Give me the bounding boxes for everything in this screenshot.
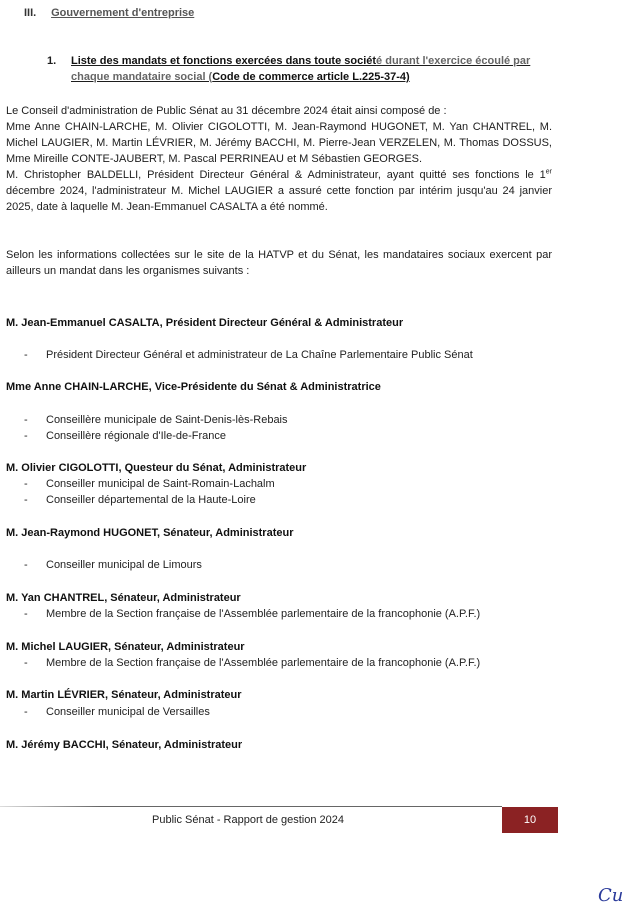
section-title: Gouvernement d'entreprise: [51, 7, 194, 19]
mandate-text: Conseiller municipal de Versailles: [46, 706, 210, 718]
mandate-item: -Conseiller municipal de Versailles: [24, 704, 210, 720]
document-page: III. Gouvernement d'entreprise 1. Liste …: [0, 0, 630, 913]
mandate-item: -Membre de la Section française de l'Ass…: [24, 655, 480, 671]
subsection-number: 1.: [47, 53, 56, 69]
mandate-item: -Conseiller départemental de la Haute-Lo…: [24, 492, 256, 508]
mandataire-name: M. Jean-Emmanuel CASALTA, Président Dire…: [6, 315, 403, 331]
mandate-text: Conseillère municipale de Saint-Denis-lè…: [46, 414, 288, 426]
mandate-item: -Conseillère régionale d'Ile-de-France: [24, 428, 226, 444]
mandate-item: -Conseillère municipale de Saint-Denis-l…: [24, 412, 288, 428]
board-intro-line: Le Conseil d'administration de Public Sé…: [6, 103, 552, 119]
subsection-heading: 1. Liste des mandats et fonctions exercé…: [47, 53, 557, 85]
mandataire-name: M. Martin LÉVRIER, Sénateur, Administrat…: [6, 687, 242, 703]
footer-divider: [0, 806, 502, 807]
board-members-list: Mme Anne CHAIN-LARCHE, M. Olivier CIGOLO…: [6, 119, 552, 167]
mandate-text: Conseiller municipal de Saint-Romain-Lac…: [46, 478, 275, 490]
handwritten-initials: Cu: [598, 888, 623, 904]
mandate-item: -Membre de la Section française de l'Ass…: [24, 606, 480, 622]
mandataire-name: Mme Anne CHAIN-LARCHE, Vice-Présidente d…: [6, 379, 381, 395]
mandate-text: Conseiller municipal de Limours: [46, 559, 202, 571]
hatvp-intro-paragraph: Selon les informations collectées sur le…: [6, 247, 552, 279]
subsection-title: Liste des mandats et fonctions exercées …: [71, 53, 557, 85]
footer-title: Public Sénat - Rapport de gestion 2024: [152, 812, 344, 828]
mandataire-name: M. Michel LAUGIER, Sénateur, Administrat…: [6, 639, 245, 655]
bullet-dash: -: [24, 492, 46, 508]
bullet-dash: -: [24, 655, 46, 671]
section-heading: III. Gouvernement d'entreprise: [24, 5, 194, 21]
bullet-dash: -: [24, 704, 46, 720]
bullet-dash: -: [24, 606, 46, 622]
mandate-text: Conseiller départemental de la Haute-Loi…: [46, 494, 256, 506]
mandate-text: Conseillère régionale d'Ile-de-France: [46, 430, 226, 442]
section-number: III.: [24, 5, 48, 21]
bullet-dash: -: [24, 428, 46, 444]
bullet-dash: -: [24, 476, 46, 492]
ceo-change-paragraph: M. Christopher BALDELLI, Président Direc…: [6, 167, 552, 215]
mandate-text: Président Directeur Général et administr…: [46, 349, 473, 361]
mandataire-name: M. Jérémy BACCHI, Sénateur, Administrate…: [6, 737, 242, 753]
mandataire-name: M. Yan CHANTREL, Sénateur, Administrateu…: [6, 590, 241, 606]
mandate-item: -Conseiller municipal de Limours: [24, 557, 202, 573]
mandataire-name: M. Olivier CIGOLOTTI, Questeur du Sénat,…: [6, 460, 306, 476]
page-number-badge: 10: [502, 807, 558, 833]
mandate-item: -Président Directeur Général et administ…: [24, 347, 473, 363]
bullet-dash: -: [24, 557, 46, 573]
mandate-item: -Conseiller municipal de Saint-Romain-La…: [24, 476, 275, 492]
bullet-dash: -: [24, 412, 46, 428]
mandate-text: Membre de la Section française de l'Asse…: [46, 657, 480, 669]
mandate-text: Membre de la Section française de l'Asse…: [46, 608, 480, 620]
board-composition-paragraph: Le Conseil d'administration de Public Sé…: [6, 103, 552, 167]
bullet-dash: -: [24, 347, 46, 363]
mandataire-name: M. Jean-Raymond HUGONET, Sénateur, Admin…: [6, 525, 293, 541]
